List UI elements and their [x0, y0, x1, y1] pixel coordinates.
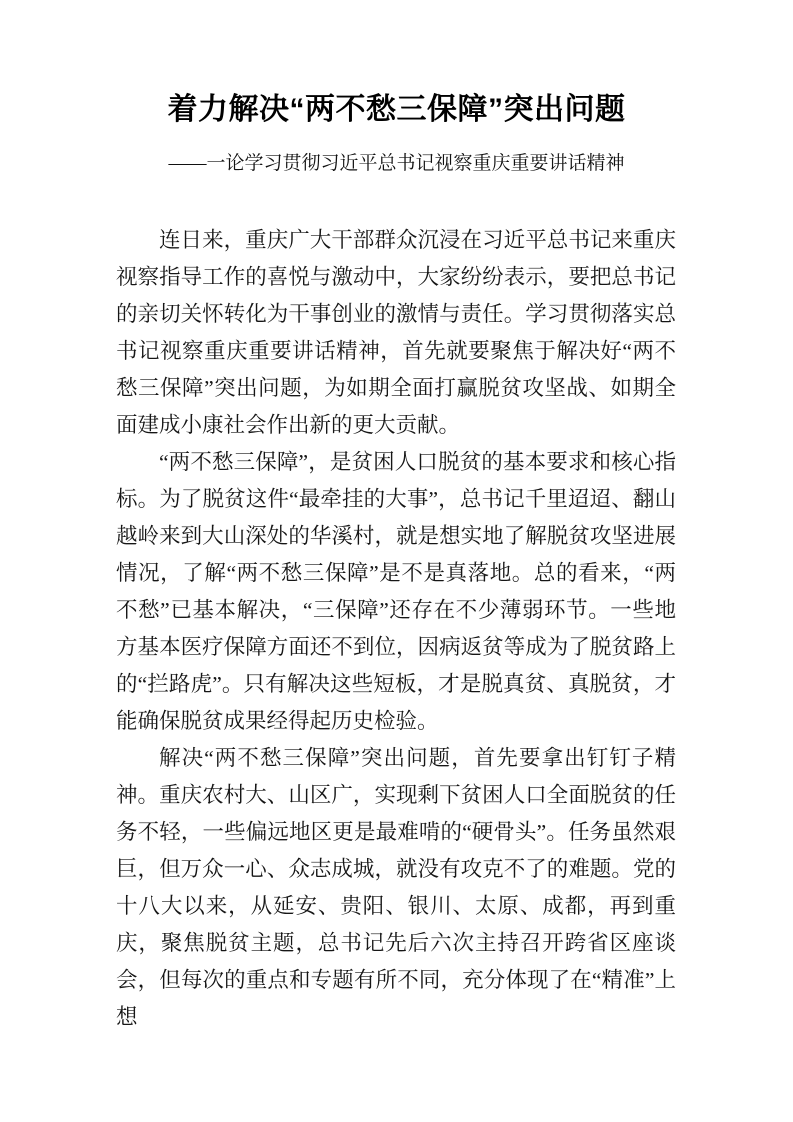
article-title: 着力解决“两不愁三保障”突出问题 — [0, 90, 793, 130]
document-page: 着力解决“两不愁三保障”突出问题 ——一论学习贯彻习近平总书记视察重庆重要讲话精… — [0, 0, 793, 1122]
article-subtitle: ——一论学习贯彻习近平总书记视察重庆重要讲话精神 — [0, 149, 793, 179]
paragraph-3: 解决“两不愁三保障”突出问题，首先要拿出钉钉子精神。重庆农村大、山区广，实现剩下… — [116, 740, 676, 1036]
article-body: 连日来，重庆广大干部群众沉浸在习近平总书记来重庆视察指导工作的喜悦与激动中，大家… — [116, 222, 676, 1036]
paragraph-2: “两不愁三保障”，是贫困人口脱贫的基本要求和核心指标。为了脱贫这件“最牵挂的大事… — [116, 444, 676, 740]
paragraph-1: 连日来，重庆广大干部群众沉浸在习近平总书记来重庆视察指导工作的喜悦与激动中，大家… — [116, 222, 676, 444]
